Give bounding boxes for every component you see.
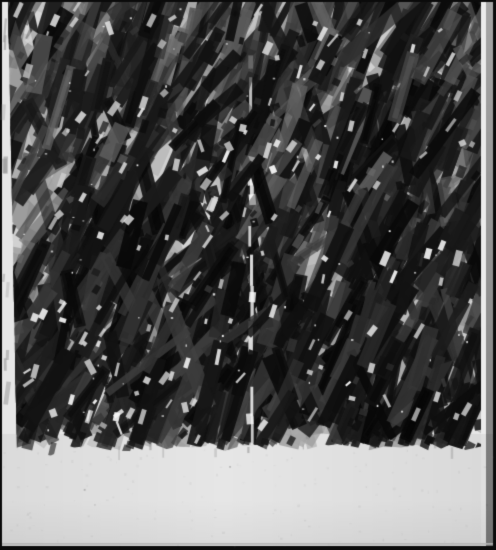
artwork-photo xyxy=(0,0,496,550)
abstract-painting-image xyxy=(0,0,496,550)
